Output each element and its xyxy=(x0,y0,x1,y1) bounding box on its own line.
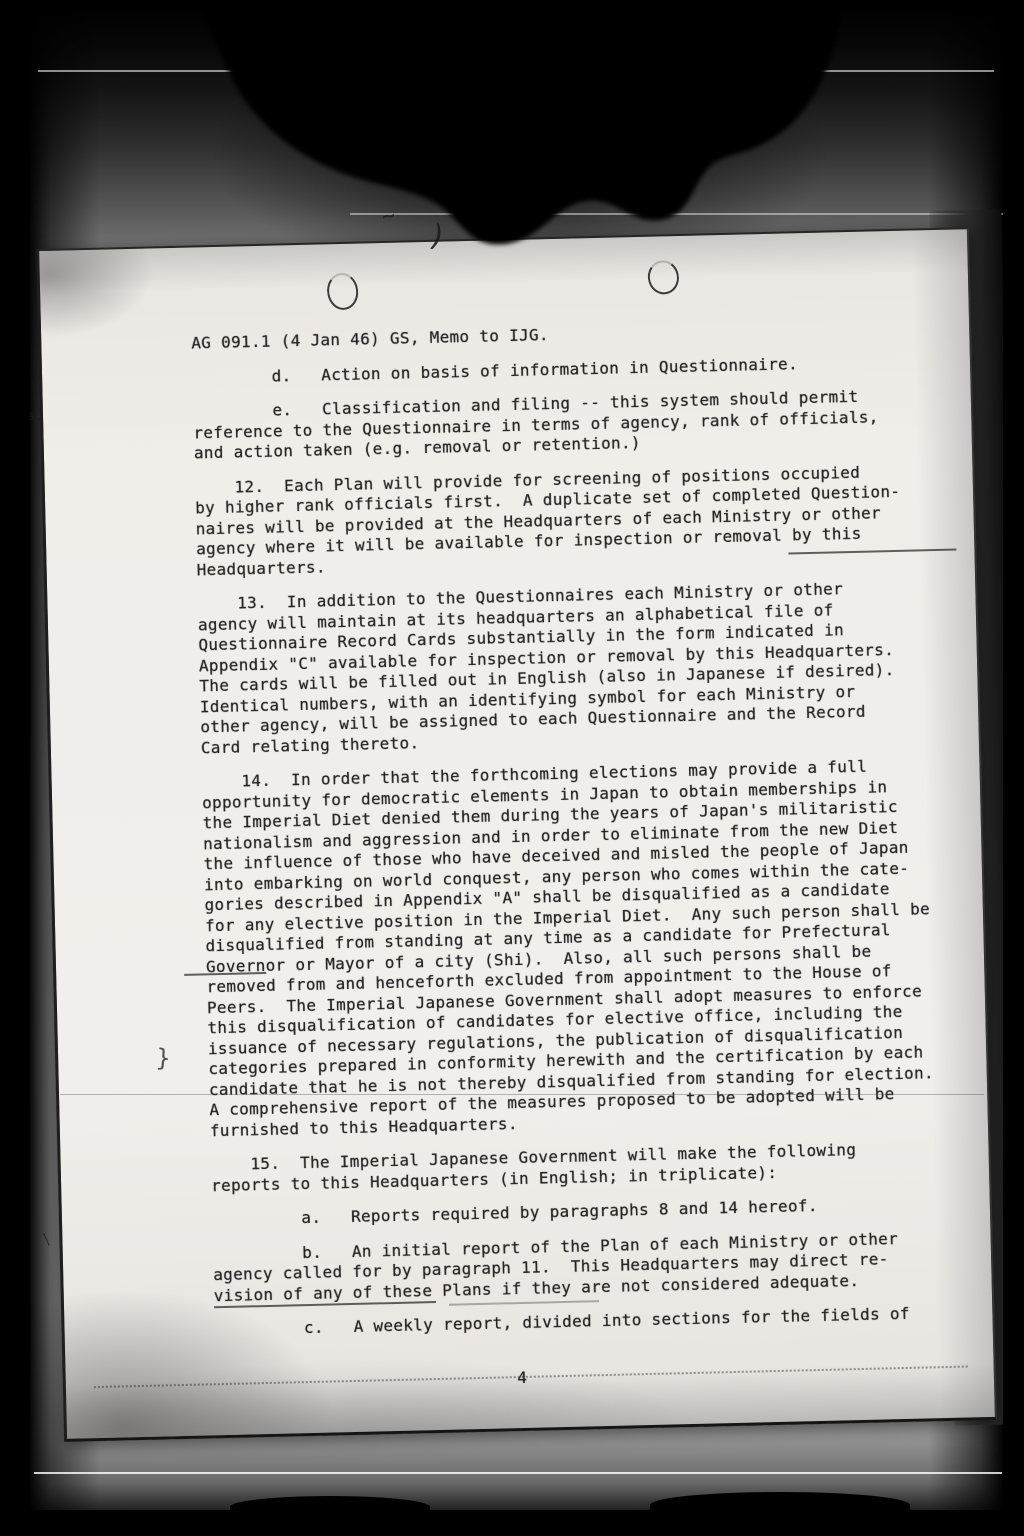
scanned-memo-page: AG 091.1 (4 Jan 46) GS, Memo to IJG. d. … xyxy=(0,0,1024,1536)
paragraph-15: 15. The Imperial Japanese Government wil… xyxy=(210,1138,954,1196)
frame-edge xyxy=(0,0,1024,12)
paragraph-14: 14. In order that the forthcoming electi… xyxy=(201,755,952,1141)
scan-streak-line xyxy=(350,213,1010,215)
paper-sheet: AG 091.1 (4 Jan 46) GS, Memo to IJG. d. … xyxy=(36,227,997,1442)
scratch-line xyxy=(60,1094,984,1095)
scan-streak-line xyxy=(38,70,994,72)
frame-edge xyxy=(1003,0,1024,1536)
paragraph-item-e: e. Classification and filing -- this sys… xyxy=(193,385,937,464)
paragraph-item-c: c. A weekly report, divided into section… xyxy=(214,1303,957,1341)
document-text: AG 091.1 (4 Jan 46) GS, Memo to IJG. d. … xyxy=(39,229,994,1399)
paragraph-item-a: a. Reports required by paragraphs 8 and … xyxy=(212,1193,955,1231)
document-reference: AG 091.1 (4 Jan 46) GS, Memo to IJG. xyxy=(191,316,934,354)
margin-ink-mark: } xyxy=(155,1046,171,1071)
paragraph-13: 13. In addition to the Questionnaires ea… xyxy=(197,577,944,758)
frame-edge xyxy=(650,1492,910,1518)
margin-ink-mark: \ xyxy=(42,1232,51,1247)
scan-streak-line xyxy=(34,1472,1002,1474)
paragraph-item-d: d. Action on basis of information in Que… xyxy=(192,351,935,389)
frame-edge xyxy=(0,0,30,1536)
paragraph-item-b: b. An initial report of the Plan of each… xyxy=(213,1227,957,1306)
paragraph-12: 12. Each Plan will provide for screening… xyxy=(195,460,940,580)
frame-edge xyxy=(230,1496,430,1518)
